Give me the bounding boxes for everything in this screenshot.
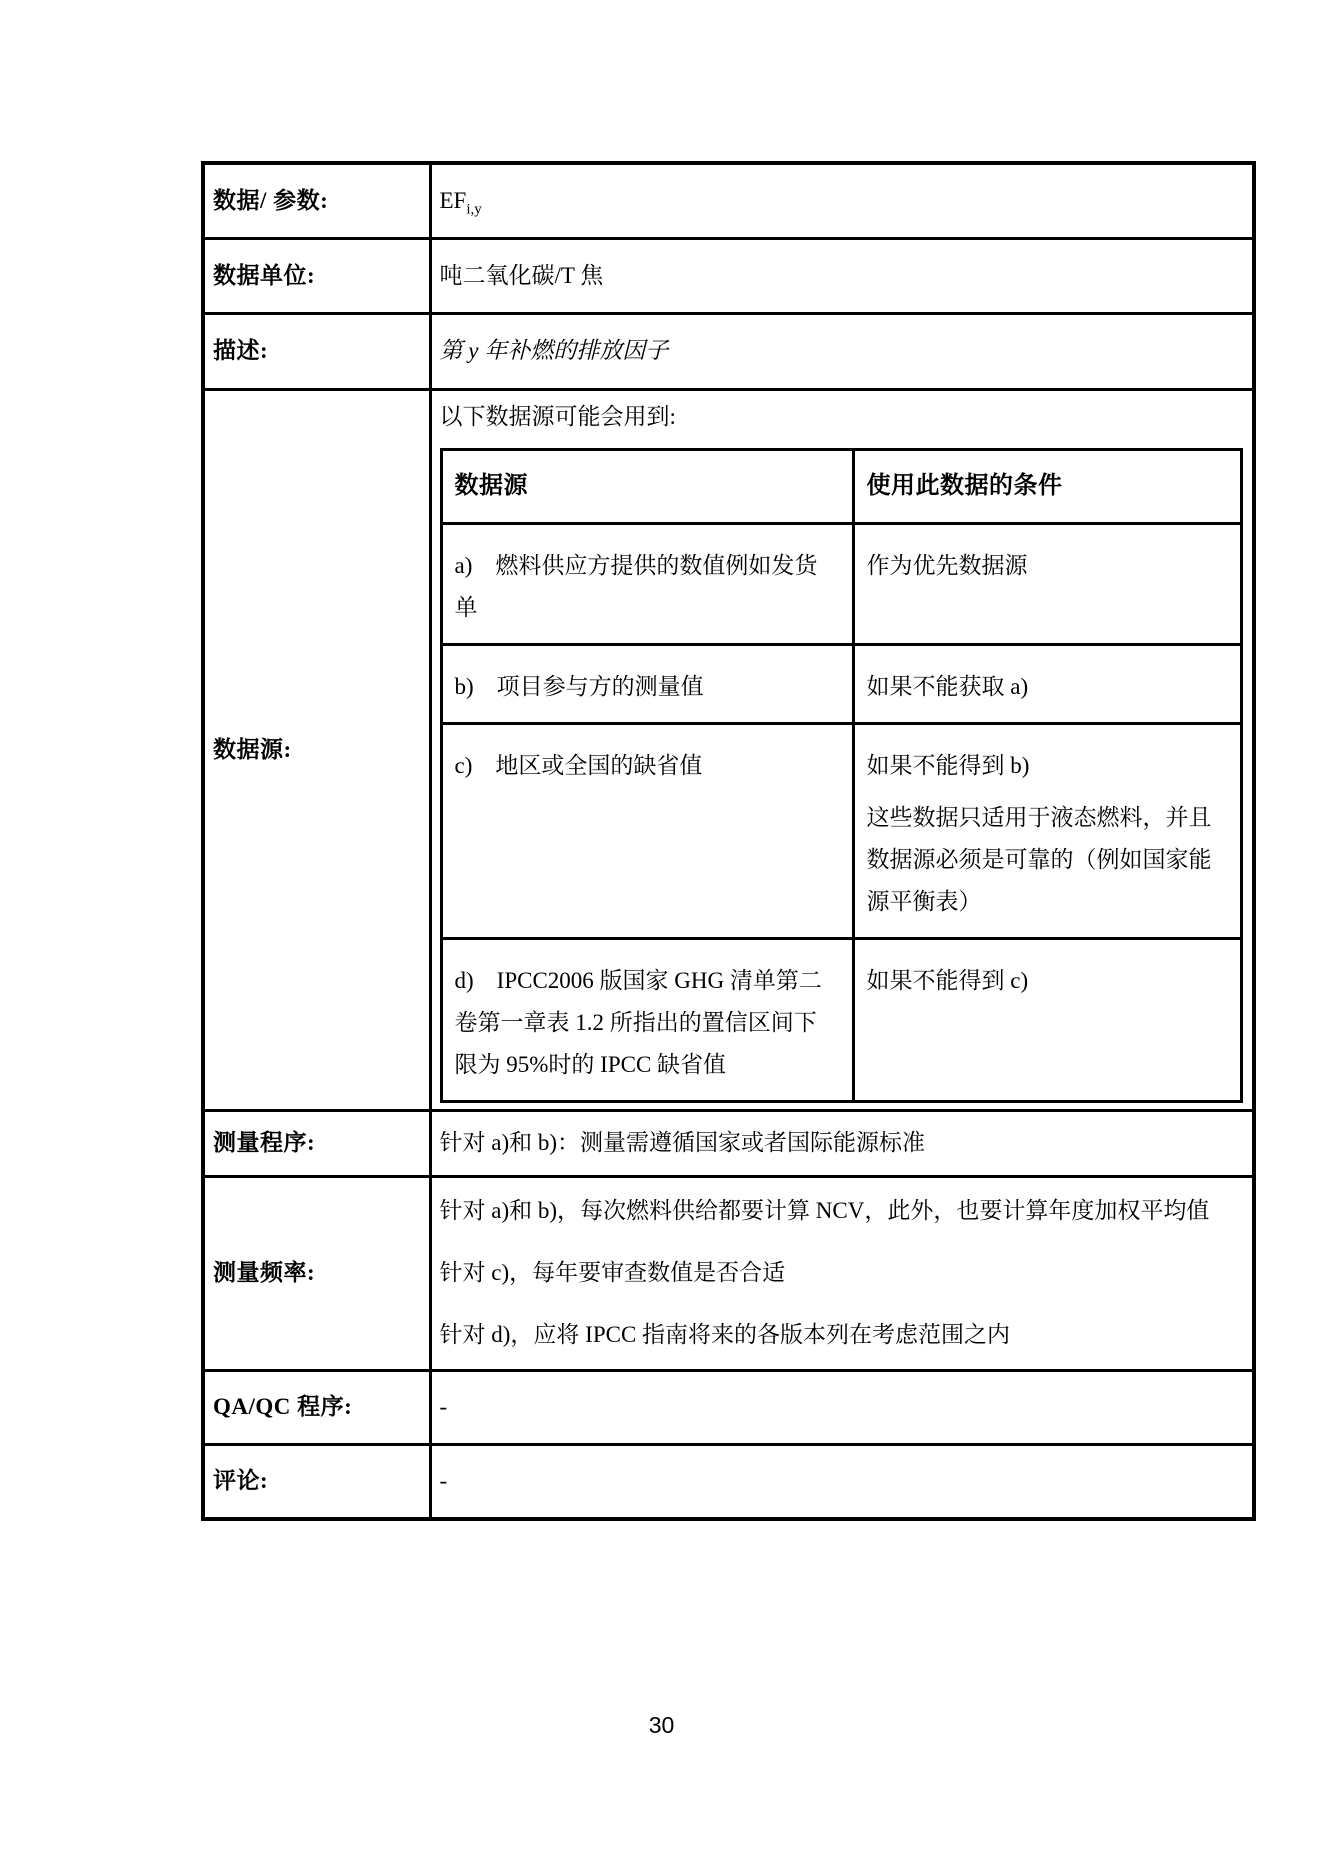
row-label-measure-frequency: 测量频率: bbox=[203, 1176, 430, 1370]
table-row-qa-qc: QA/QC 程序: - bbox=[203, 1370, 1254, 1444]
data-source-intro: 以下数据源可能会用到: bbox=[440, 396, 1243, 438]
table-row-description: 描述: 第 y 年补燃的排放因子 bbox=[203, 313, 1254, 389]
row-value-qa-qc: - bbox=[430, 1370, 1254, 1444]
row-value-data-unit: 吨二氧化碳/T 焦 bbox=[430, 238, 1254, 313]
row-value-description: 第 y 年补燃的排放因子 bbox=[430, 313, 1254, 389]
row-value-data-source: 以下数据源可能会用到: 数据源 使用此数据的条件 a) 燃料供应方提供的数值例如… bbox=[430, 389, 1254, 1110]
row-label-data-param: 数据/ 参数: bbox=[203, 163, 430, 238]
inner-source-b: b) 项目参与方的测量值 bbox=[441, 645, 853, 724]
inner-col-header-source: 数据源 bbox=[441, 450, 853, 524]
inner-condition-c-main: 如果不能得到 b) bbox=[867, 745, 1226, 787]
parameter-symbol: EF bbox=[440, 188, 467, 213]
data-source-inner-table: 数据源 使用此数据的条件 a) 燃料供应方提供的数值例如发货单 作为优先数据源 … bbox=[440, 448, 1243, 1103]
inner-source-a: a) 燃料供应方提供的数值例如发货单 bbox=[441, 524, 853, 645]
table-row-data-param: 数据/ 参数: EFi,y bbox=[203, 163, 1254, 238]
row-label-measure-procedure: 测量程序: bbox=[203, 1110, 430, 1176]
page-number: 30 bbox=[0, 1712, 1323, 1739]
row-value-data-param: EFi,y bbox=[430, 163, 1254, 238]
row-label-data-unit: 数据单位: bbox=[203, 238, 430, 313]
parameter-table-grid: 数据/ 参数: EFi,y 数据单位: 吨二氧化碳/T 焦 描述: 第 y 年补… bbox=[201, 161, 1256, 1521]
frequency-line-3: 针对 d)，应将 IPCC 指南将来的各版本列在考虑范围之内 bbox=[440, 1314, 1243, 1356]
table-row-comment: 评论: - bbox=[203, 1444, 1254, 1519]
row-value-comment: - bbox=[430, 1444, 1254, 1519]
parameter-table: 数据/ 参数: EFi,y 数据单位: 吨二氧化碳/T 焦 描述: 第 y 年补… bbox=[201, 161, 1256, 1521]
row-label-data-source: 数据源: bbox=[203, 389, 430, 1110]
inner-condition-a: 作为优先数据源 bbox=[853, 524, 1241, 645]
frequency-line-1: 针对 a)和 b)，每次燃料供给都要计算 NCV，此外，也要计算年度加权平均值 bbox=[440, 1190, 1243, 1232]
inner-source-c: c) 地区或全国的缺省值 bbox=[441, 724, 853, 939]
inner-header-row: 数据源 使用此数据的条件 bbox=[441, 450, 1241, 524]
row-label-comment: 评论: bbox=[203, 1444, 430, 1519]
inner-condition-c-note: 这些数据只适用于液态燃料，并且数据源必须是可靠的（例如国家能源平衡表） bbox=[867, 797, 1226, 923]
inner-row-a: a) 燃料供应方提供的数值例如发货单 作为优先数据源 bbox=[441, 524, 1241, 645]
frequency-line-2: 针对 c)，每年要审查数值是否合适 bbox=[440, 1252, 1243, 1294]
document-page: 数据/ 参数: EFi,y 数据单位: 吨二氧化碳/T 焦 描述: 第 y 年补… bbox=[0, 0, 1323, 1871]
inner-col-header-condition: 使用此数据的条件 bbox=[853, 450, 1241, 524]
row-value-measure-frequency: 针对 a)和 b)，每次燃料供给都要计算 NCV，此外，也要计算年度加权平均值 … bbox=[430, 1176, 1254, 1370]
row-value-measure-procedure: 针对 a)和 b)：测量需遵循国家或者国际能源标准 bbox=[430, 1110, 1254, 1176]
inner-row-d: d) IPCC2006 版国家 GHG 清单第二卷第一章表 1.2 所指出的置信… bbox=[441, 939, 1241, 1102]
inner-row-c: c) 地区或全国的缺省值 如果不能得到 b) 这些数据只适用于液态燃料，并且数据… bbox=[441, 724, 1241, 939]
inner-condition-c: 如果不能得到 b) 这些数据只适用于液态燃料，并且数据源必须是可靠的（例如国家能… bbox=[853, 724, 1241, 939]
inner-condition-d: 如果不能得到 c) bbox=[853, 939, 1241, 1102]
row-label-description: 描述: bbox=[203, 313, 430, 389]
inner-row-b: b) 项目参与方的测量值 如果不能获取 a) bbox=[441, 645, 1241, 724]
inner-condition-b: 如果不能获取 a) bbox=[853, 645, 1241, 724]
inner-source-d: d) IPCC2006 版国家 GHG 清单第二卷第一章表 1.2 所指出的置信… bbox=[441, 939, 853, 1102]
table-row-measure-frequency: 测量频率: 针对 a)和 b)，每次燃料供给都要计算 NCV，此外，也要计算年度… bbox=[203, 1176, 1254, 1370]
row-label-qa-qc: QA/QC 程序: bbox=[203, 1370, 430, 1444]
table-row-measure-procedure: 测量程序: 针对 a)和 b)：测量需遵循国家或者国际能源标准 bbox=[203, 1110, 1254, 1176]
table-row-data-source: 数据源: 以下数据源可能会用到: 数据源 使用此数据的条件 bbox=[203, 389, 1254, 1110]
table-row-data-unit: 数据单位: 吨二氧化碳/T 焦 bbox=[203, 238, 1254, 313]
parameter-subscript: i,y bbox=[466, 201, 481, 217]
